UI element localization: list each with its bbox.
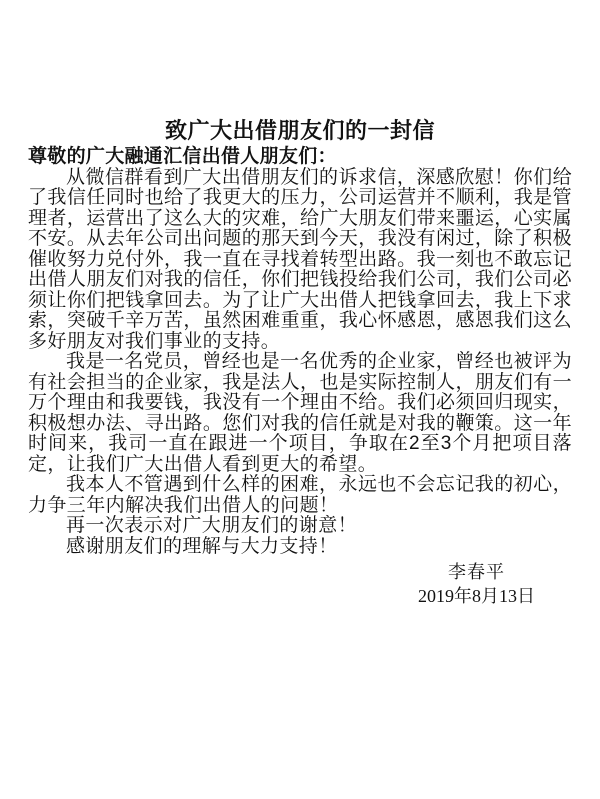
letter-paragraph-2: 我是一名党员，曾经也是一名优秀的企业家，曾经也被评为有社会担当的企业家，我是法人… — [28, 352, 572, 475]
letter-page: 致广大出借朋友们的一封信 尊敬的广大融通汇信出借人朋友们： 从微信群看到广大出借… — [0, 0, 600, 799]
letter-title: 致广大出借朋友们的一封信 — [28, 118, 572, 144]
letter-paragraph-3: 我本人不管遇到什么样的困难，永远也不会忘记我的初心，力争三年内解决我们出借人的问… — [28, 475, 572, 516]
signature-block: 李春平 2019年8月13日 — [418, 560, 535, 608]
letter-paragraph-1: 从微信群看到广大出借朋友们的诉求信，深感欣慰！你们给了我信任同时也给了我更大的压… — [28, 168, 572, 353]
letter-salutation: 尊敬的广大融通汇信出借人朋友们： — [28, 147, 572, 168]
letter-thanks-line-1: 再一次表示对广大朋友们的谢意！ — [28, 516, 572, 537]
signature-date: 2019年8月13日 — [418, 584, 535, 608]
letter-thanks-line-2: 感谢朋友们的理解与大力支持！ — [28, 537, 572, 558]
signature-name: 李春平 — [418, 560, 535, 584]
